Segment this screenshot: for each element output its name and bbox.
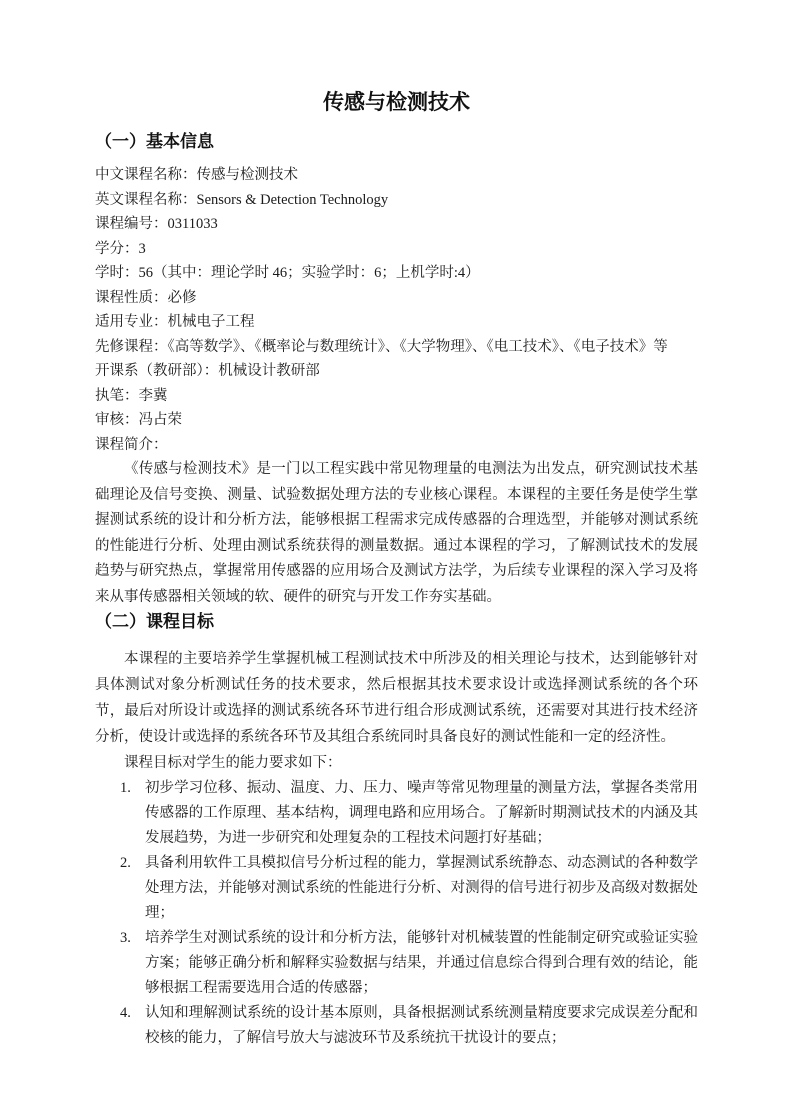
objective-item-2: 2. 具备利用软件工具模拟信号分析过程的能力，掌握测试系统静态、动态测试的各种数… [120, 851, 698, 926]
objective-item-text: 具备利用软件工具模拟信号分析过程的能力，掌握测试系统静态、动态测试的各种数学处理… [145, 851, 698, 926]
info-line-course-nature: 课程性质：必修 [95, 286, 698, 311]
objectives-list: 1. 初步学习位移、振动、温度、力、压力、噪声等常见物理量的测量方法，掌握各类常… [95, 776, 698, 1051]
document-title: 传感与检测技术 [95, 88, 698, 118]
info-line-english-course-name: 英文课程名称：Sensors & Detection Technology [95, 188, 698, 213]
objective-item-3: 3. 培养学生对测试系统的设计和分析方法，能够针对机械装置的性能制定研究或验证实… [120, 926, 698, 1001]
objective-item-number: 4. [120, 1001, 145, 1051]
objectives-paragraph: 本课程的主要培养学生掌握机械工程测试技术中所涉及的相关理论与技术，达到能够针对具… [95, 646, 698, 750]
info-line-reviewer: 审核：冯占荣 [95, 408, 698, 433]
basic-info-block: 中文课程名称：传感与检测技术 英文课程名称：Sensors & Detectio… [95, 163, 698, 457]
info-line-course-code: 课程编号：0311033 [95, 212, 698, 237]
info-line-course-intro-label: 课程简介： [95, 433, 698, 458]
info-line-prerequisite-courses: 先修课程：《高等数学》、《概率论与数理统计》、《大学物理》、《电工技术》、《电子… [95, 335, 698, 360]
info-line-applicable-major: 适用专业：机械电子工程 [95, 310, 698, 335]
section-heading-objectives: （二）课程目标 [95, 610, 698, 634]
objective-item-1: 1. 初步学习位移、振动、温度、力、压力、噪声等常见物理量的测量方法，掌握各类常… [120, 776, 698, 851]
objective-item-text: 培养学生对测试系统的设计和分析方法，能够针对机械装置的性能制定研究或验证实验方案… [145, 926, 698, 1001]
info-line-chinese-course-name: 中文课程名称：传感与检测技术 [95, 163, 698, 188]
document-page: 传感与检测技术 （一）基本信息 中文课程名称：传感与检测技术 英文课程名称：Se… [0, 0, 794, 1108]
objective-item-text: 认知和理解测试系统的设计基本原则，具备根据测试系统测量精度要求完成误差分配和校核… [145, 1001, 698, 1051]
info-line-credits: 学分：3 [95, 237, 698, 262]
info-line-class-hours: 学时：56（其中：理论学时 46；实验学时：6；上机学时:4） [95, 261, 698, 286]
objectives-lead-line: 课程目标对学生的能力要求如下： [95, 750, 698, 776]
objective-item-number: 1. [120, 776, 145, 851]
info-line-author: 执笔：李冀 [95, 384, 698, 409]
course-intro-paragraph: 《传感与检测技术》是一门以工程实践中常见物理量的电测法为出发点，研究测试技术基础… [95, 457, 698, 610]
objective-item-number: 2. [120, 851, 145, 926]
section-heading-basic-info: （一）基本信息 [95, 130, 698, 154]
objective-item-4: 4. 认知和理解测试系统的设计基本原则，具备根据测试系统测量精度要求完成误差分配… [120, 1001, 698, 1051]
objective-item-text: 初步学习位移、振动、温度、力、压力、噪声等常见物理量的测量方法，掌握各类常用传感… [145, 776, 698, 851]
objective-item-number: 3. [120, 926, 145, 1001]
info-line-offering-department: 开课系（教研部）：机械设计教研部 [95, 359, 698, 384]
